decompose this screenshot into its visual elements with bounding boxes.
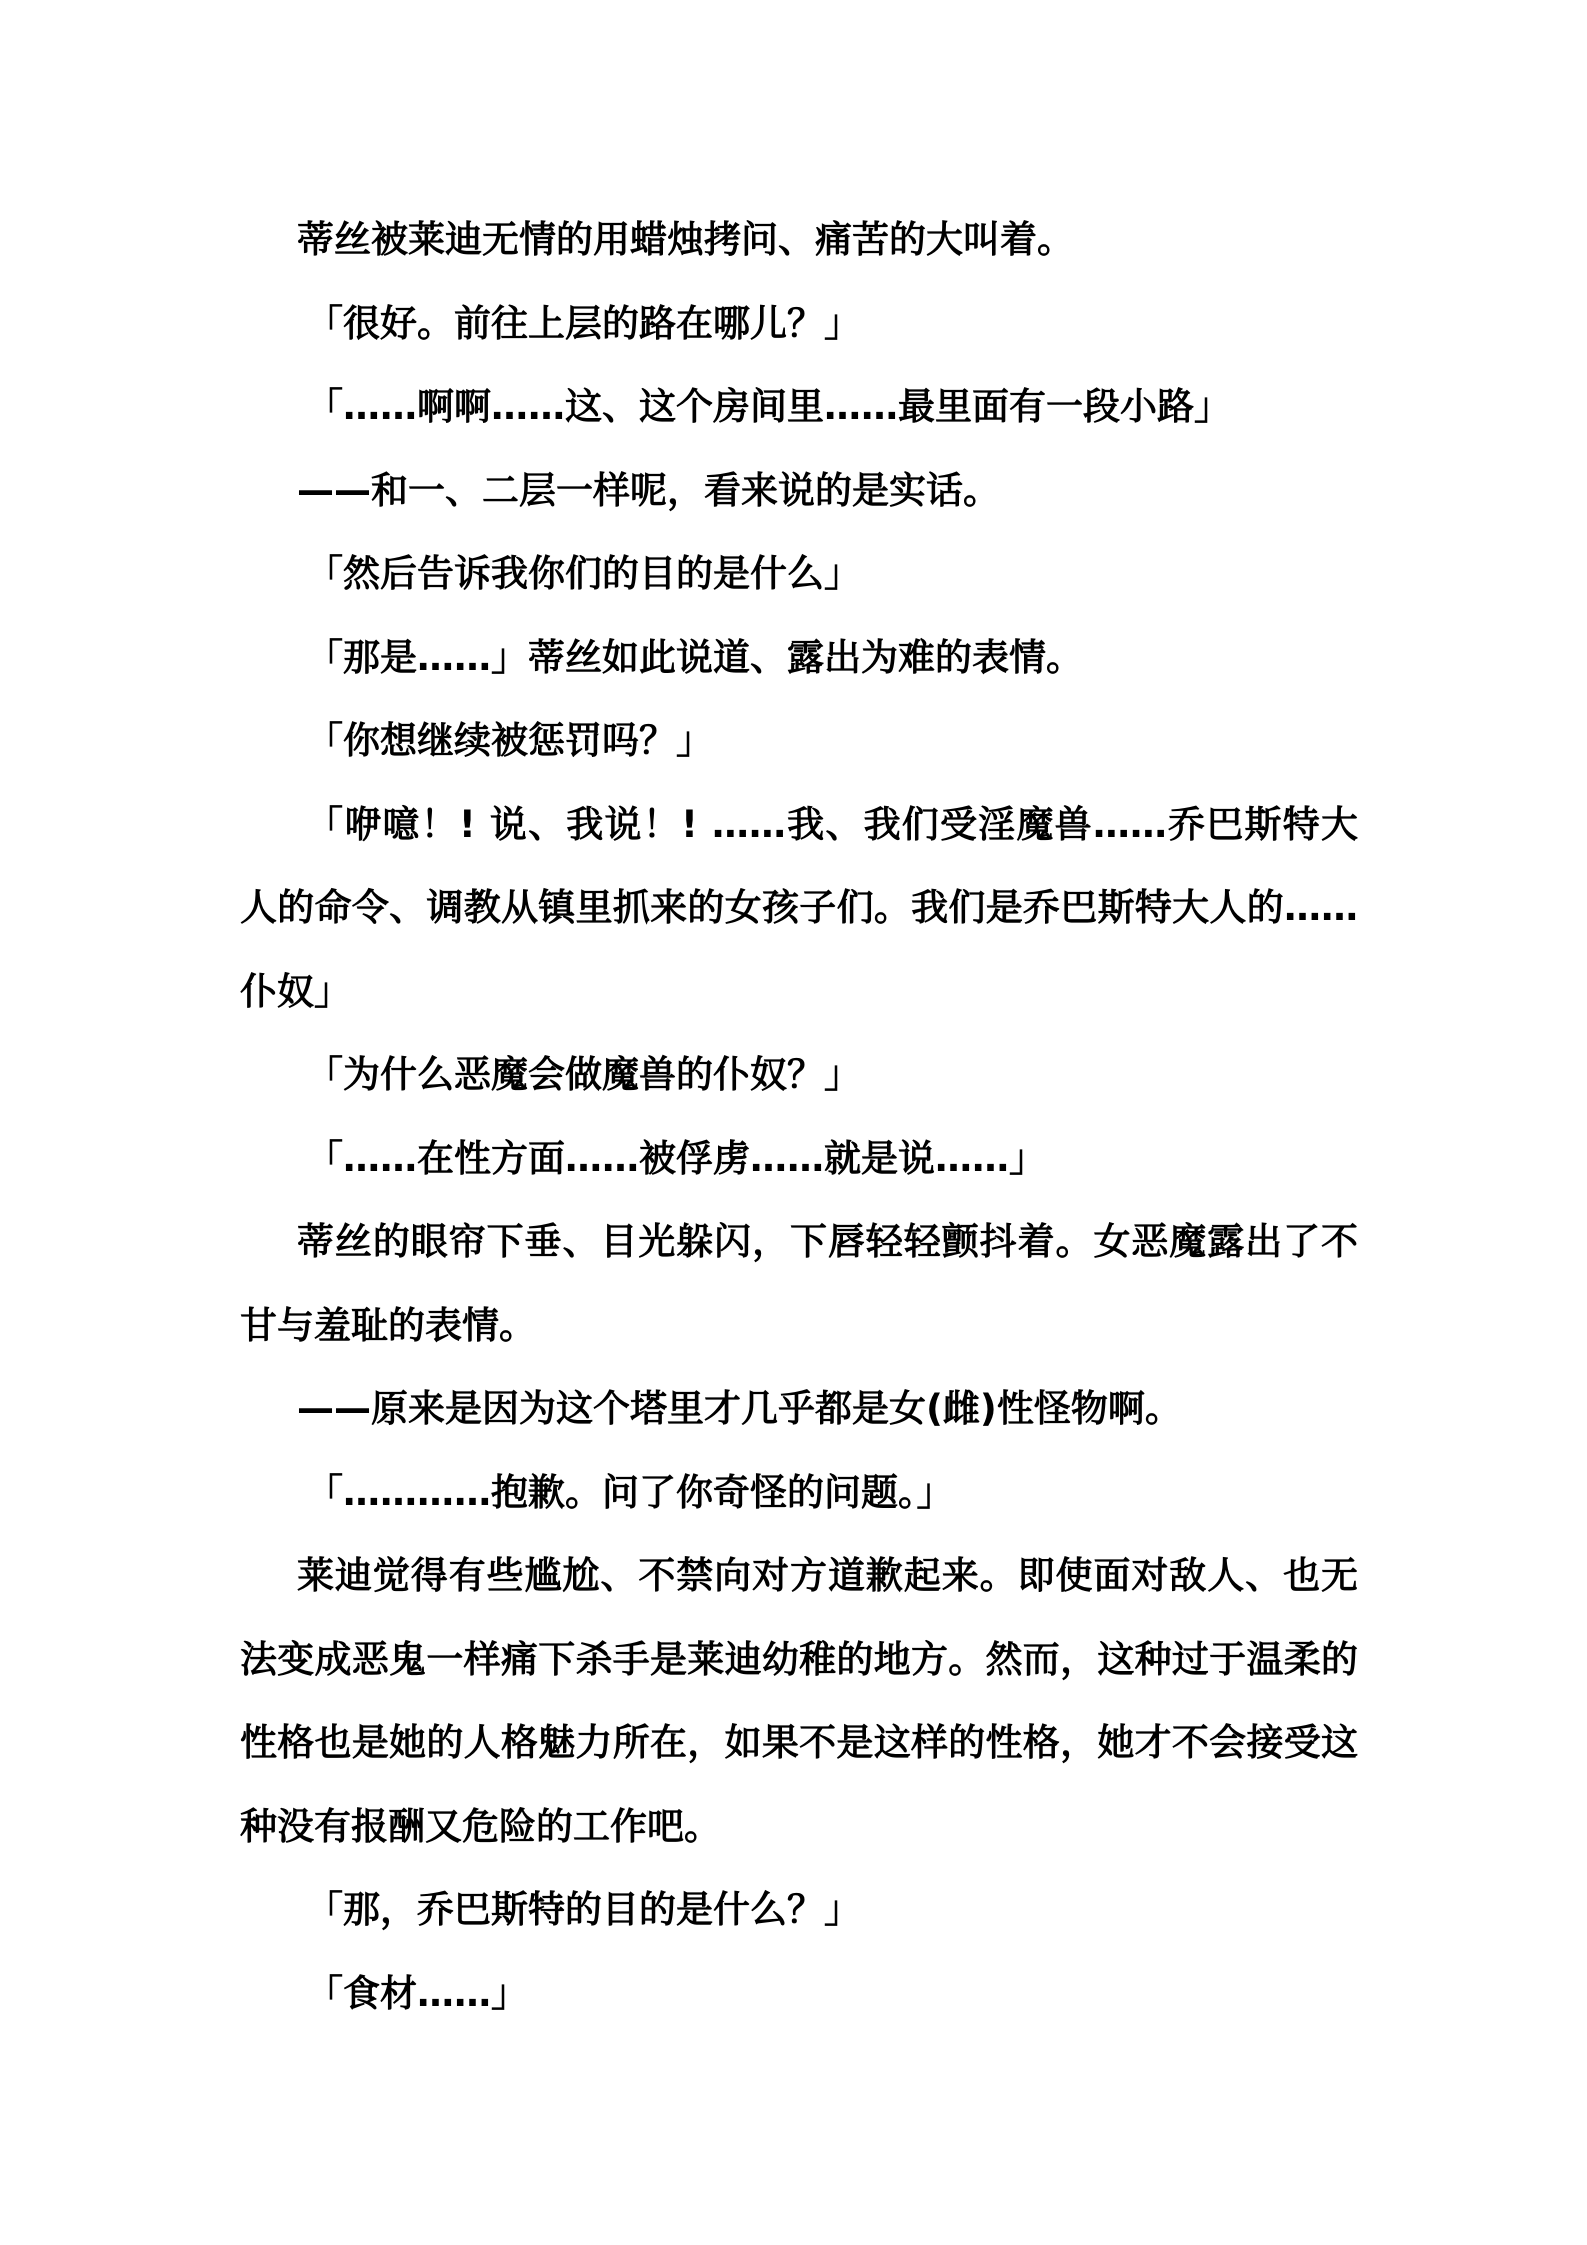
document-page: 蒂丝被莱迪无情的用蜡烛拷问、痛苦的大叫着。 「很好。前往上层的路在哪儿？」 「…… bbox=[240, 198, 1358, 2035]
paragraph-dialogue: 「…………抱歉。问了你奇怪的问题。」 bbox=[240, 1451, 1358, 1535]
paragraph-dialogue: 「很好。前往上层的路在哪儿？」 bbox=[240, 282, 1358, 366]
paragraph-dialogue: 「那，乔巴斯特的目的是什么？」 bbox=[240, 1868, 1358, 1952]
paragraph-narration: 蒂丝的眼帘下垂、目光躲闪，下唇轻轻颤抖着。女恶魔露出了不甘与羞耻的表情。 bbox=[240, 1200, 1358, 1367]
paragraph-dialogue: 「然后告诉我你们的目的是什么」 bbox=[240, 532, 1358, 616]
paragraph-narration: 蒂丝被莱迪无情的用蜡烛拷问、痛苦的大叫着。 bbox=[240, 198, 1358, 282]
paragraph-dialogue: 「食材……」 bbox=[240, 1952, 1358, 2036]
paragraph-dialogue: 「你想继续被惩罚吗？」 bbox=[240, 699, 1358, 783]
paragraph-narration: ——原来是因为这个塔里才几乎都是女(雌)性怪物啊。 bbox=[240, 1367, 1358, 1451]
paragraph-dialogue: 「……在性方面……被俘虏……就是说……」 bbox=[240, 1117, 1358, 1201]
paragraph-dialogue: 「咿噫！! 说、我说！! ……我、我们受淫魔兽……乔巴斯特大人的命令、调教从镇里… bbox=[240, 783, 1358, 1034]
paragraph-narration: ——和一、二层一样呢，看来说的是实话。 bbox=[240, 449, 1358, 533]
paragraph-dialogue: 「……啊啊……这、这个房间里……最里面有一段小路」 bbox=[240, 365, 1358, 449]
paragraph-dialogue: 「那是……」蒂丝如此说道、露出为难的表情。 bbox=[240, 616, 1358, 700]
paragraph-narration: 莱迪觉得有些尴尬、不禁向对方道歉起来。即使面对敌人、也无法变成恶鬼一样痛下杀手是… bbox=[240, 1534, 1358, 1868]
paragraph-dialogue: 「为什么恶魔会做魔兽的仆奴？」 bbox=[240, 1033, 1358, 1117]
